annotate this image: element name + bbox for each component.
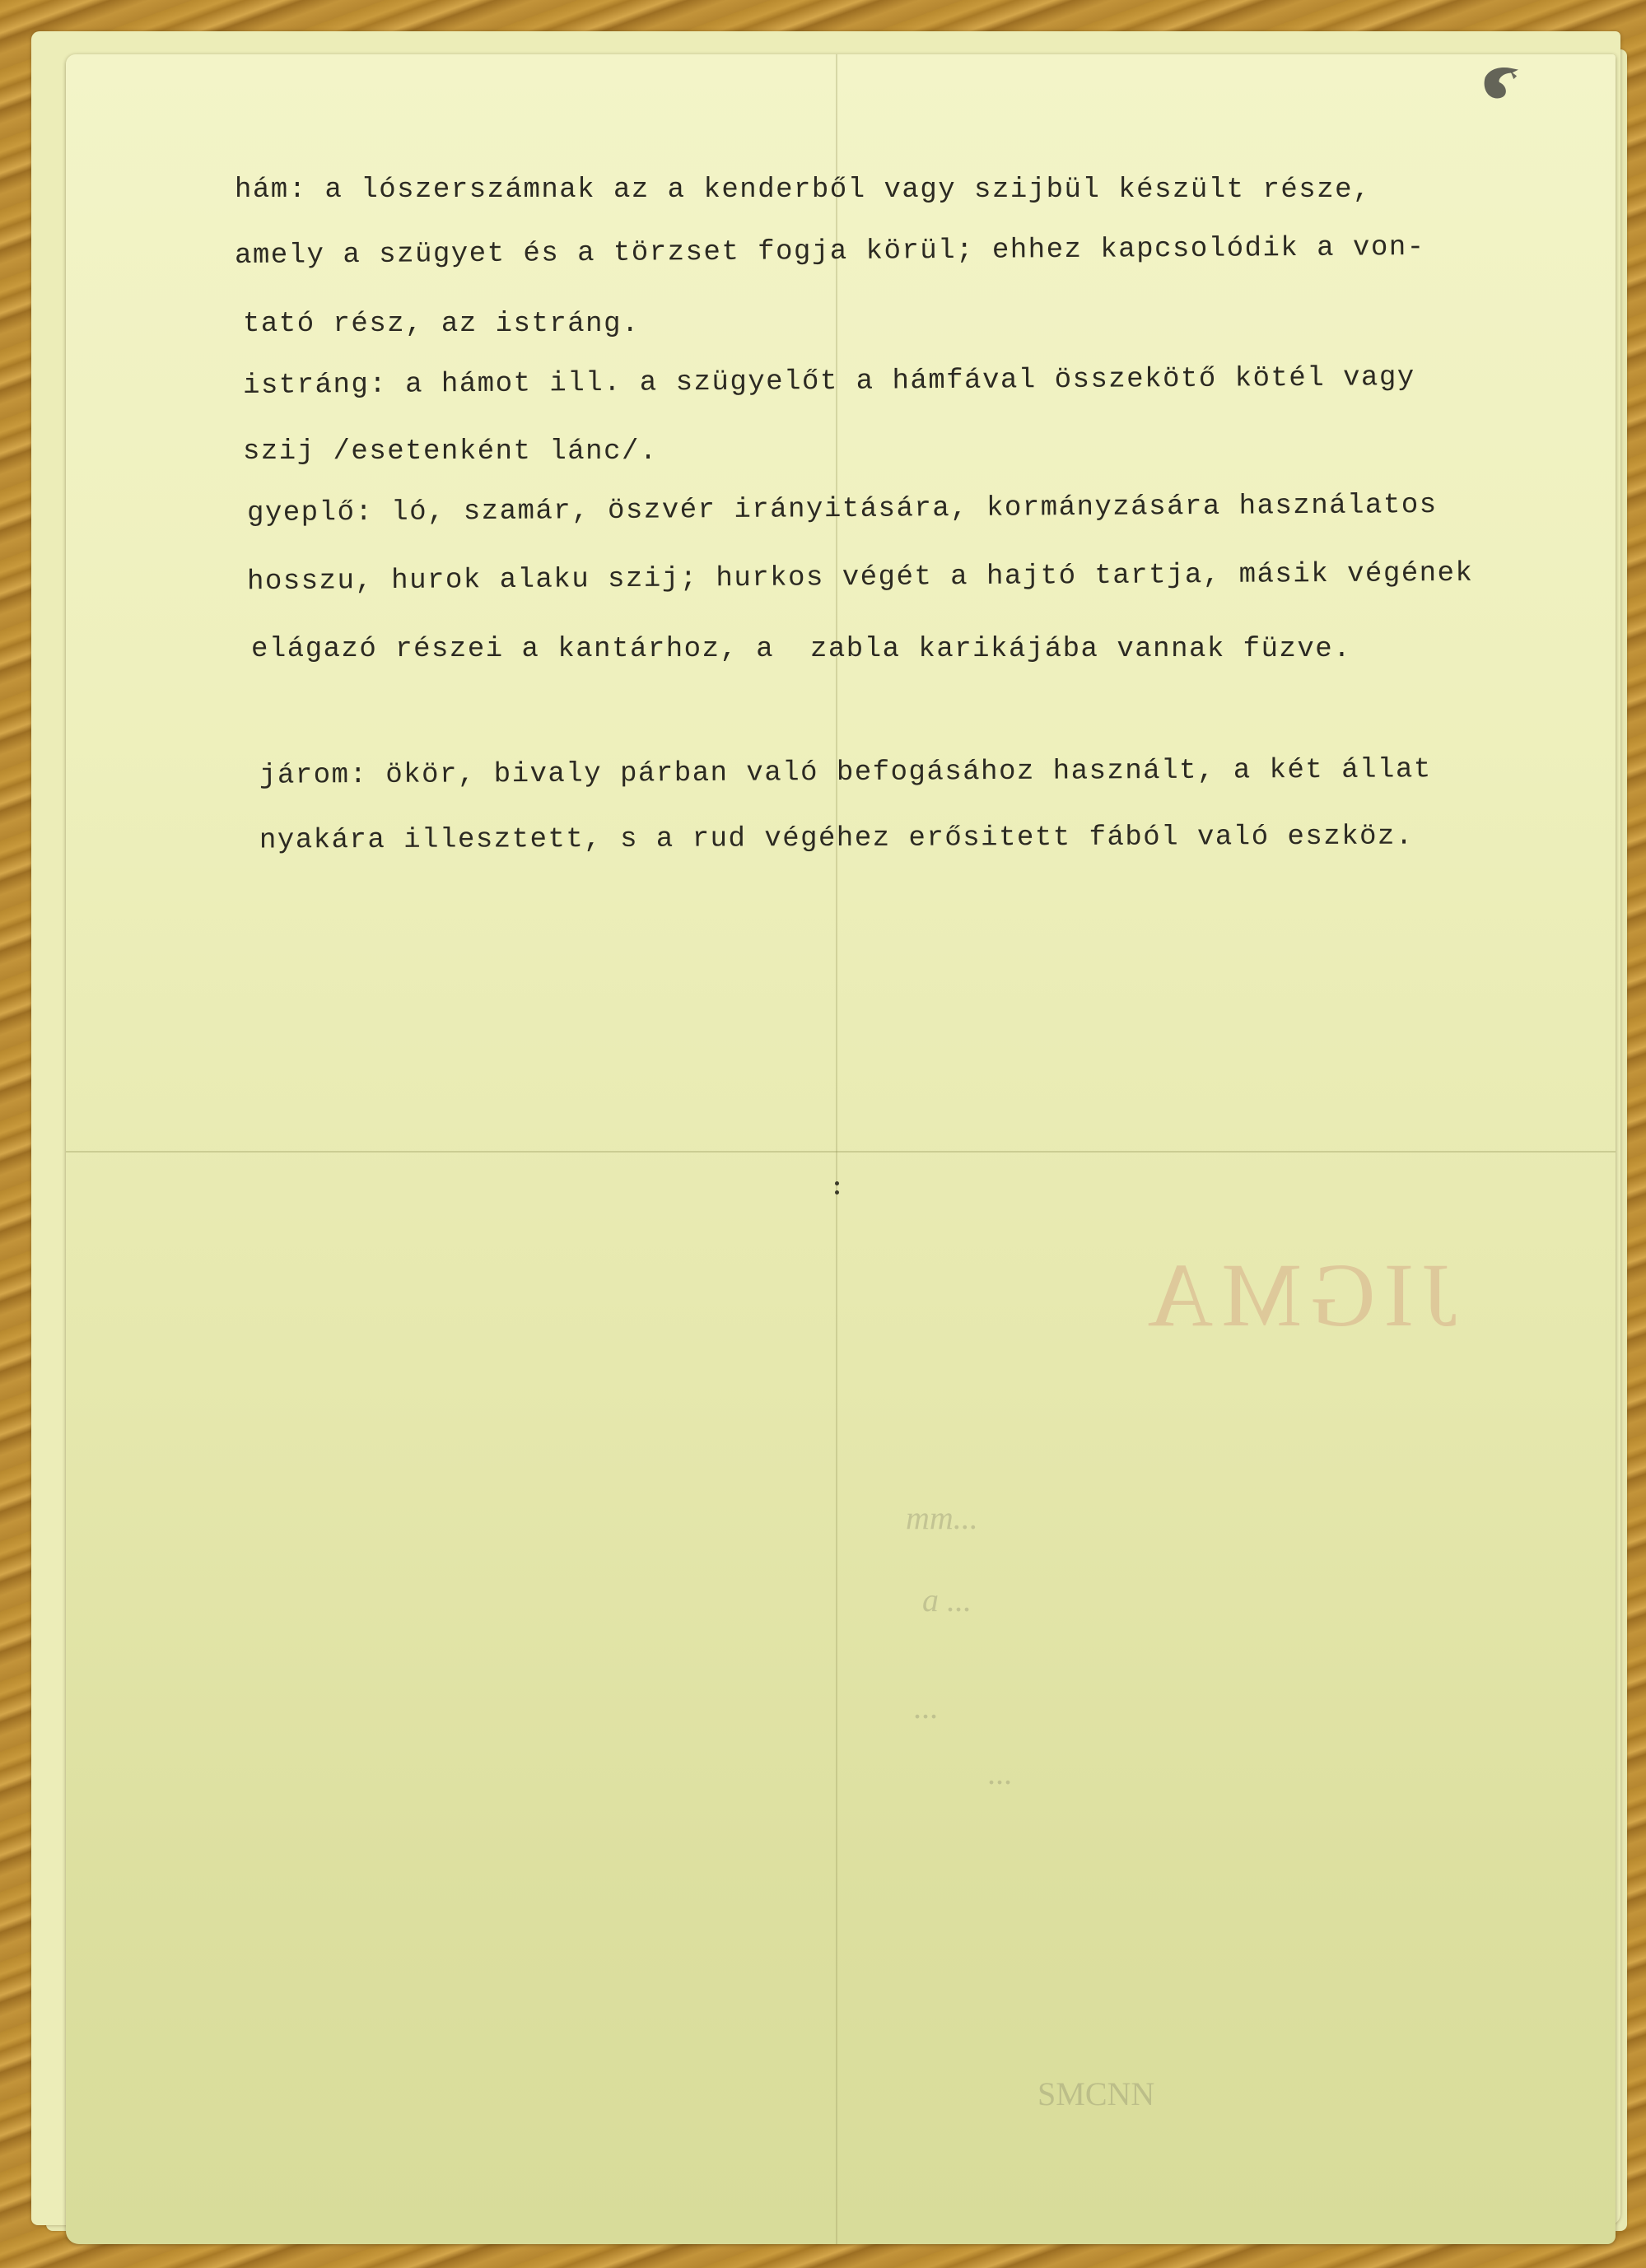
pencil-note-2: a ... [922,1581,972,1619]
entry-gyeplo-line-1: gyeplő: ló, szamár, öszvér irányitására,… [247,490,1438,529]
punch-dot-2 [835,1190,839,1195]
entry-jarom-line-1: járom: ökör, bivaly párban való befogásá… [259,754,1432,791]
glossary-text: hám: a lószerszámnak az a kenderből vagy… [235,0,1618,563]
entry-ham-line-2: amely a szügyet és a törzset fogja körül… [235,232,1425,272]
entry-ham-line-1: hám: a lószerszámnak az a kenderből vagy… [235,175,1371,206]
pencil-note-3: ... [914,1688,939,1726]
entry-jarom-line-2: nyakára illesztett, s a rud végéhez erős… [259,822,1414,857]
red-stain-mirror-text: JIGMA [980,1243,1457,1342]
entry-istrang-line-2: szij /esetenként lánc/. [243,436,658,468]
entry-istrang-line-1: istráng: a hámot ill. a szügyelőt a hámf… [243,362,1415,402]
pencil-note-1: mm... [906,1498,978,1537]
entry-ham-line-3: tató rész, az istráng. [243,309,640,340]
pencil-note-4: ... [988,1753,1013,1792]
horizontal-fold-line [66,1151,1616,1153]
punch-dot-1 [835,1181,839,1185]
pencil-note-5: SMCNN [1037,2075,1154,2113]
entry-gyeplo-line-3: elágazó részei a kantárhoz, a zabla kari… [251,634,1351,665]
